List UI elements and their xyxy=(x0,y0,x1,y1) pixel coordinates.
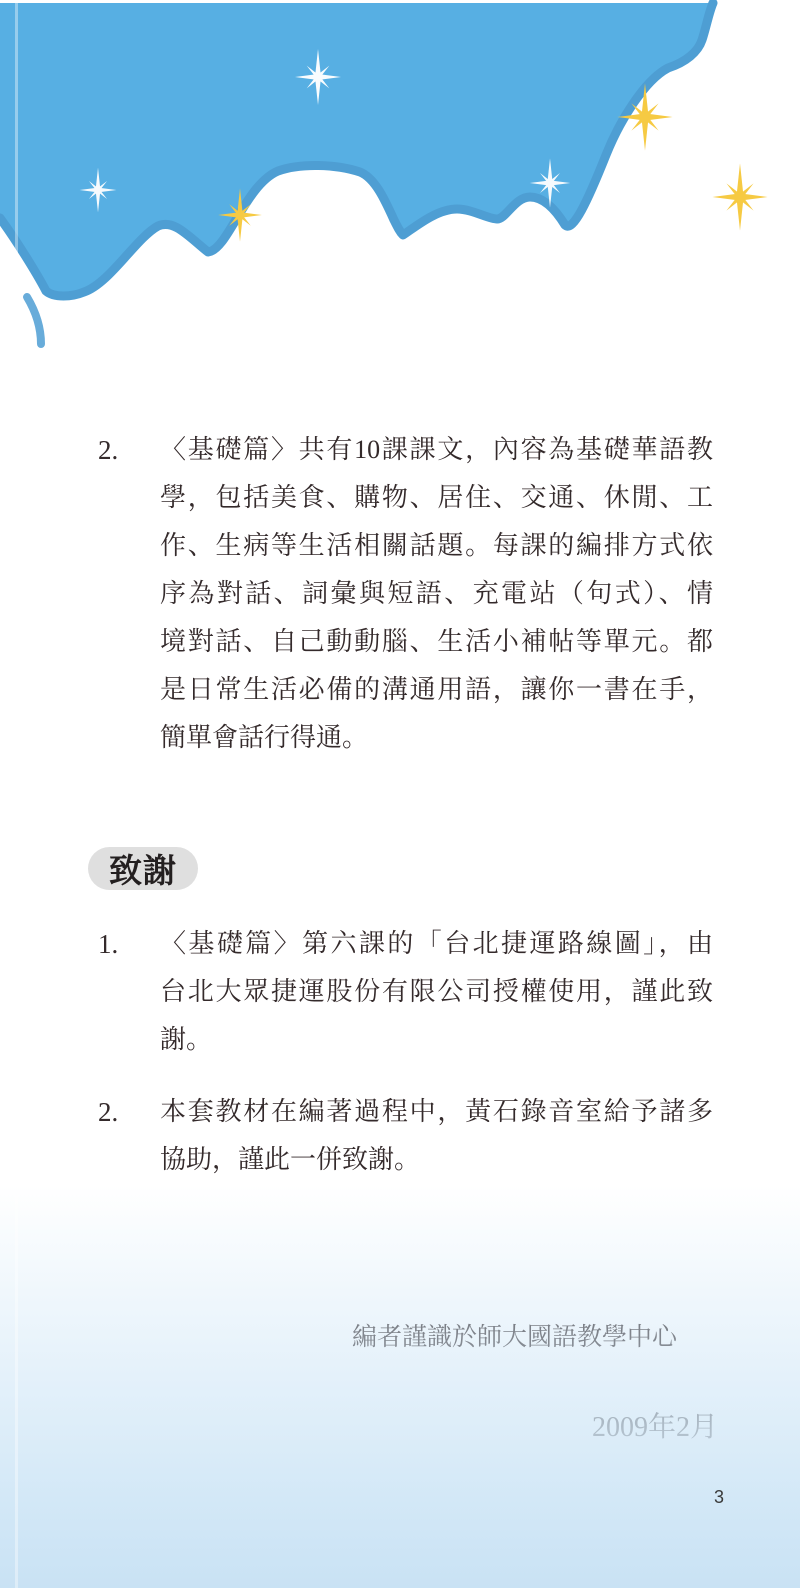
book-page: 2. 〈基礎篇〉共有10課課文，內容為基礎華語教學，包括美食、購物、居住、交通、… xyxy=(0,0,800,1588)
sparkle-star-icon xyxy=(712,163,767,230)
cloud-seam xyxy=(27,297,41,344)
text-line: 作、生病等生活相關話題。每課的編排方式依 xyxy=(160,522,713,570)
section-heading-label: 致謝 xyxy=(109,845,177,892)
acknowledgement-paragraph: 本套教材在編著過程中，黃石錄音室給予諸多協助，謹此一併致謝。 xyxy=(160,1088,713,1184)
list-number: 1. xyxy=(98,920,118,968)
acknowledgement-paragraph: 〈基礎篇〉第六課的「台北捷運路線圖」，由台北大眾捷運股份有限公司授權使用，謹此致… xyxy=(160,920,713,1064)
sky-clouds-illustration xyxy=(0,0,800,350)
text-line: 〈基礎篇〉共有10課課文，內容為基礎華語教 xyxy=(160,426,713,474)
list-number: 2. xyxy=(98,1088,118,1136)
text-line: 協助，謹此一併致謝。 xyxy=(160,1136,713,1184)
text-line: 序為對話、詞彙與短語、充電站（句式）、情 xyxy=(160,570,713,618)
text-line: 台北大眾捷運股份有限公司授權使用，謹此致 xyxy=(160,968,713,1016)
text-line: 簡單會話行得通。 xyxy=(160,714,713,762)
bottom-gradient-band xyxy=(0,1185,800,1588)
text-line: 境對話、自己動動腦、生活小補帖等單元。都 xyxy=(160,618,713,666)
section-heading-acknowledgements: 致謝 xyxy=(88,847,198,890)
text-line: 是日常生活必備的溝通用語，讓你一書在手， xyxy=(160,666,713,714)
text-line: 本套教材在編著過程中，黃石錄音室給予諸多 xyxy=(160,1088,713,1136)
text-line: 〈基礎篇〉第六課的「台北捷運路線圖」，由 xyxy=(160,920,713,968)
list-number: 2. xyxy=(98,426,118,474)
intro-paragraph: 〈基礎篇〉共有10課課文，內容為基礎華語教學，包括美食、購物、居住、交通、休閒、… xyxy=(160,426,713,762)
text-line: 謝。 xyxy=(160,1016,713,1064)
page-number: 3 xyxy=(714,1486,724,1508)
text-line: 學，包括美食、購物、居住、交通、休閒、工 xyxy=(160,474,713,522)
